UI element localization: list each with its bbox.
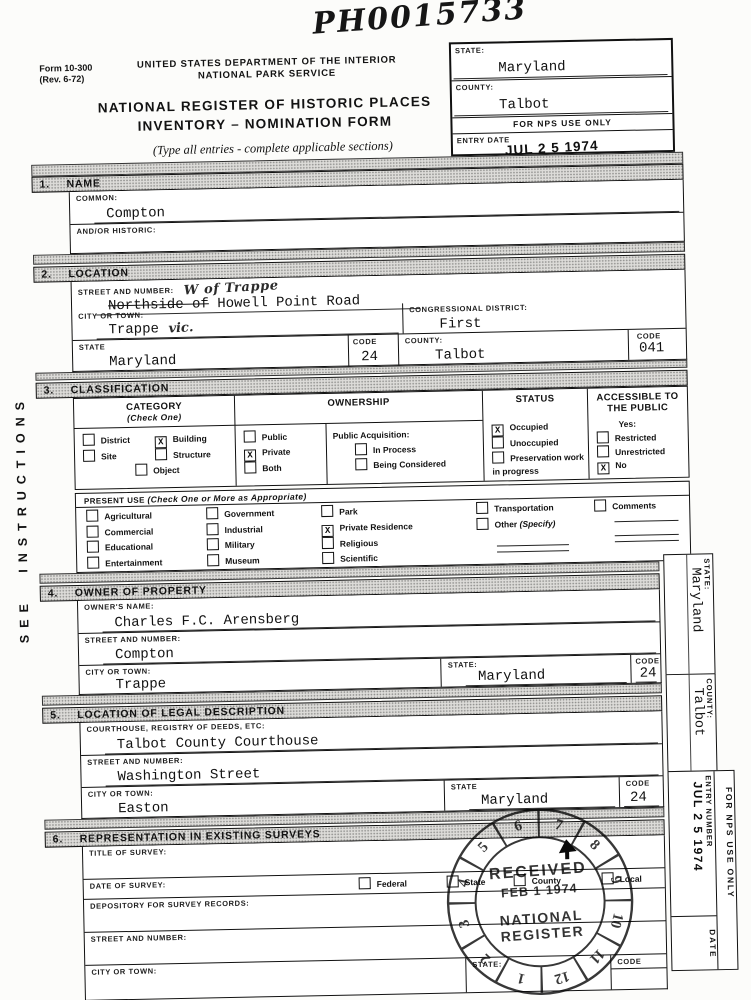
checkbox-district — [83, 434, 95, 446]
form-number-line1: Form 10-300 — [39, 63, 92, 75]
blank-write-in-line — [497, 550, 569, 552]
blank-write-in-line — [497, 544, 569, 546]
checkbox-both — [244, 461, 256, 473]
checkbox-site — [83, 450, 95, 462]
checkbox-museum — [207, 554, 219, 566]
sidebar-county-cell: COUNTY: Talbot — [666, 673, 718, 772]
legal-code-label: CODE — [620, 776, 663, 788]
present-use-label: PRESENT USE — [84, 496, 145, 506]
congressional-district-cell: CONGRESSIONAL DISTRICT: First — [402, 298, 686, 334]
classification-table: CATEGORY(Check One) District XBuilding S… — [73, 386, 690, 490]
checkbox-object — [135, 464, 147, 476]
checkbox-military — [207, 538, 219, 550]
handwritten-id: PH0015733 — [311, 0, 528, 42]
checkbox-survey-federal-label: Federal — [377, 878, 407, 889]
checkbox-restricted-label: Restricted — [615, 432, 657, 443]
section-2-number: 2. — [34, 268, 68, 281]
checkbox-in-process-label: In Process — [373, 444, 416, 455]
see-instructions-margin-text: SEE INSTRUCTIONS — [12, 359, 32, 679]
checkbox-transportation — [476, 502, 488, 514]
agency-heading: UNITED STATES DEPARTMENT OF THE INTERIOR… — [109, 54, 424, 84]
owner-code-label: CODE — [631, 654, 660, 666]
section-4-number: 4. — [41, 587, 75, 600]
section-2-fields: STREET AND NUMBER:W of Trappe Northside … — [71, 270, 688, 372]
checkbox-in-process — [355, 443, 367, 455]
county-cell: COUNTY: Talbot — [398, 330, 629, 365]
sidebar-entry-date-stamp: JUL 2 5 1974 — [691, 771, 705, 915]
sidebar-state-cell: STATE: Maryland — [663, 553, 715, 676]
section-1-title: NAME — [66, 177, 100, 190]
survey-city-cell: CITY OR TOWN: — [85, 958, 466, 1000]
sidebar-nps-box: ENTRY NUMBER JUL 2 5 1974 DATE FOR NPS U… — [667, 769, 738, 970]
checkbox-comments — [594, 499, 606, 511]
sidebar-entry-date-column: ENTRY NUMBER JUL 2 5 1974 DATE — [669, 771, 719, 970]
form-number-line2: (Rev. 6-72) — [39, 74, 92, 86]
legal-state-label: STATE — [445, 777, 619, 791]
checkbox-structure-label: Structure — [173, 449, 211, 460]
sidebar-entry-number-cell: ENTRY NUMBER JUL 2 5 1974 — [669, 771, 717, 916]
category-subheader: (Check One) — [74, 411, 234, 425]
checkbox-unoccupied-label: Unoccupied — [510, 437, 559, 448]
category-body: District XBuilding Site Structure Object — [75, 426, 236, 489]
sidebar-state-value: Maryland — [686, 554, 704, 674]
checkbox-private-residence: X — [321, 524, 333, 536]
checkbox-other-note: (Specify) — [519, 518, 555, 529]
section-2-title: LOCATION — [68, 267, 129, 280]
checkbox-no-access: X — [597, 462, 609, 474]
accessible-column: ACCESSIBLE TO THE PUBLIC Yes: Restricted… — [587, 387, 689, 479]
status-body: XOccupied Unoccupied Preservation work i… — [483, 419, 588, 481]
checkbox-commercial-label: Commercial — [104, 526, 153, 537]
checkbox-no-access-label: No — [615, 460, 627, 470]
status-header: STATUS — [483, 389, 588, 421]
checkbox-public-label: Public — [262, 432, 288, 443]
accessible-body: Yes: Restricted Unrestricted XNo — [588, 417, 688, 479]
nps-use-box: STATE: Maryland COUNTY: Talbot FOR NPS U… — [449, 38, 675, 156]
checkbox-both-label: Both — [262, 463, 282, 473]
checkbox-educational-label: Educational — [105, 541, 153, 552]
nps-state-label: STATE: — [455, 46, 485, 56]
checkbox-unoccupied — [492, 436, 504, 448]
nps-entry-date-row: ENTRY DATE JUL 2 5 1974 — [453, 129, 673, 154]
entry-date-label: ENTRY DATE — [457, 135, 510, 145]
county-code-value: 041 — [635, 340, 682, 357]
checkbox-occupied: X — [492, 424, 504, 436]
checkbox-government-label: Government — [224, 508, 274, 519]
present-use-col4: Transportation Other (Specify) — [476, 500, 569, 553]
category-column: CATEGORY(Check One) District XBuilding S… — [74, 396, 236, 489]
checkbox-military-label: Military — [225, 539, 255, 550]
state-code-cell: CODE 24 — [348, 335, 399, 366]
form-title: NATIONAL REGISTER OF HISTORIC PLACES INV… — [62, 91, 468, 137]
blank-write-in-line — [615, 539, 679, 541]
present-use-grid: Agricultural Commercial Educational Ente… — [76, 496, 690, 572]
nps-county-label: COUNTY: — [456, 83, 494, 93]
city-handwritten-note: vic. — [169, 320, 195, 337]
checkbox-private: X — [244, 449, 256, 461]
state-cell: STATE Maryland — [73, 336, 349, 372]
stamp-arrow-stem — [565, 851, 569, 859]
checkbox-scientific — [322, 552, 334, 564]
checkbox-being-considered-label: Being Considered — [373, 459, 446, 470]
public-acquisition-subcolumn: Public Acquisition: In Process Being Con… — [325, 421, 483, 484]
section-3-number: 3. — [37, 384, 71, 397]
checkbox-district-label: District — [101, 435, 130, 446]
checkbox-building-label: Building — [173, 433, 207, 444]
ownership-column: OWNERSHIP Public XPrivate Both Public Ac… — [234, 391, 484, 486]
state-code-label: CODE — [349, 335, 398, 347]
section-3-title: CLASSIFICATION — [71, 382, 170, 396]
checkbox-other — [476, 517, 488, 529]
checkbox-comments-label: Comments — [612, 500, 656, 511]
type-instructions-note: (Type all entries - complete applicable … — [88, 137, 458, 159]
blank-write-in-line — [614, 519, 678, 521]
present-use-col5: Comments — [594, 498, 679, 542]
state-code-value: 24 — [355, 349, 394, 366]
owner-state-cell: STATE: Maryland — [441, 655, 631, 687]
present-use-col3: Park XPrivate Residence Religious Scient… — [321, 503, 413, 567]
checkbox-entertainment-label: Entertainment — [105, 557, 162, 568]
checkbox-park-label: Park — [339, 506, 358, 516]
section-4-fields: OWNER'S NAME: Charles F.C. Arensberg STR… — [77, 589, 662, 695]
stamp-center-text: RECEIVED FEB 1 1974 NATIONAL REGISTER — [438, 800, 641, 1000]
sidebar-county-value: Talbot — [689, 674, 707, 770]
county-code-cell: CODE 041 — [628, 329, 687, 360]
checkbox-structure — [155, 448, 167, 460]
accessible-yes-label: Yes: — [618, 417, 683, 431]
checkbox-public — [244, 430, 256, 442]
checkbox-restricted — [597, 431, 609, 443]
category-header: CATEGORY(Check One) — [74, 396, 235, 429]
scan-tilt-wrapper: PH0015733 Form 10-300 (Rev. 6-72) UNITED… — [0, 0, 751, 1000]
status-column: STATUS XOccupied Unoccupied Preservation… — [482, 389, 589, 481]
checkbox-museum-label: Museum — [225, 555, 260, 566]
owner-state-value: Maryland — [466, 666, 627, 686]
checkbox-industrial — [206, 523, 218, 535]
owner-code-cell: CODE 24 — [630, 654, 660, 683]
checkbox-government — [206, 507, 218, 519]
checkbox-site-label: Site — [101, 451, 117, 461]
checkbox-transportation-label: Transportation — [494, 502, 554, 513]
checkbox-being-considered — [355, 458, 367, 470]
checkbox-object-label: Object — [153, 465, 180, 476]
checkbox-industrial-label: Industrial — [224, 524, 262, 535]
present-use-subheader: (Check One or More as Appropriate) — [147, 491, 306, 504]
nps-county-row: COUNTY: Talbot — [452, 76, 673, 117]
accessible-header: ACCESSIBLE TO THE PUBLIC — [588, 387, 688, 419]
received-date-stamp: 7 8 9 10 11 12 1 2 3 4 5 6 RECEIVED FEB … — [443, 805, 637, 999]
blank-write-in-line — [615, 533, 679, 535]
ownership-header: OWNERSHIP — [235, 391, 483, 426]
checkbox-preservation-work-label: Preservation work in progress — [492, 452, 584, 477]
section-5-number: 5. — [43, 709, 77, 722]
sidebar-county-label: COUNTY: — [705, 674, 717, 770]
checkbox-unrestricted-label: Unrestricted — [615, 446, 665, 457]
present-use-col2: Government Industrial Military Museum — [206, 506, 275, 569]
checkbox-survey-federal — [359, 877, 371, 889]
checkbox-religious-label: Religious — [340, 537, 378, 548]
checkbox-building: X — [155, 436, 167, 448]
checkbox-private-label: Private — [262, 447, 291, 458]
present-use-col1: Agricultural Commercial Educational Ente… — [86, 508, 162, 571]
section-6-number: 6. — [46, 833, 80, 846]
section-4-title: OWNER OF PROPERTY — [75, 584, 207, 599]
checkbox-other-label: Other — [494, 519, 517, 529]
checkbox-unrestricted — [597, 445, 609, 457]
checkbox-religious — [322, 536, 334, 548]
sidebar-nps-use-only-label: FOR NPS USE ONLY — [715, 770, 738, 968]
checkbox-private-residence-label: Private Residence — [339, 521, 412, 532]
section-5-fields: COURTHOUSE, REGISTRY OF DEEDS, ETC: Talb… — [79, 711, 664, 819]
present-use-box: PRESENT USE (Check One or More as Approp… — [75, 481, 691, 573]
checkbox-agricultural-label: Agricultural — [104, 510, 152, 521]
checkbox-entertainment — [87, 556, 99, 568]
nps-state-row: STATE: Maryland — [451, 40, 672, 80]
checkbox-scientific-label: Scientific — [340, 553, 378, 564]
stamp-date-text: FEB 1 1974 — [500, 881, 578, 901]
checkbox-educational — [87, 541, 99, 553]
ownership-type-subcolumn: Public XPrivate Both — [235, 424, 326, 486]
form-number: Form 10-300 (Rev. 6-72) — [39, 63, 92, 86]
checkbox-park — [321, 505, 333, 517]
checkbox-agricultural — [86, 510, 98, 522]
owner-code-value: 24 — [636, 665, 657, 682]
checkbox-preservation-work — [492, 451, 504, 463]
checkbox-commercial — [86, 525, 98, 537]
section-1-number: 1. — [32, 178, 66, 191]
scanned-nomination-form-page: PH0015733 Form 10-300 (Rev. 6-72) UNITED… — [0, 0, 751, 1000]
sidebar-date-cell: DATE — [671, 915, 717, 970]
ownership-body: Public XPrivate Both Public Acquisition:… — [235, 421, 483, 486]
checkbox-occupied-label: Occupied — [509, 422, 548, 433]
